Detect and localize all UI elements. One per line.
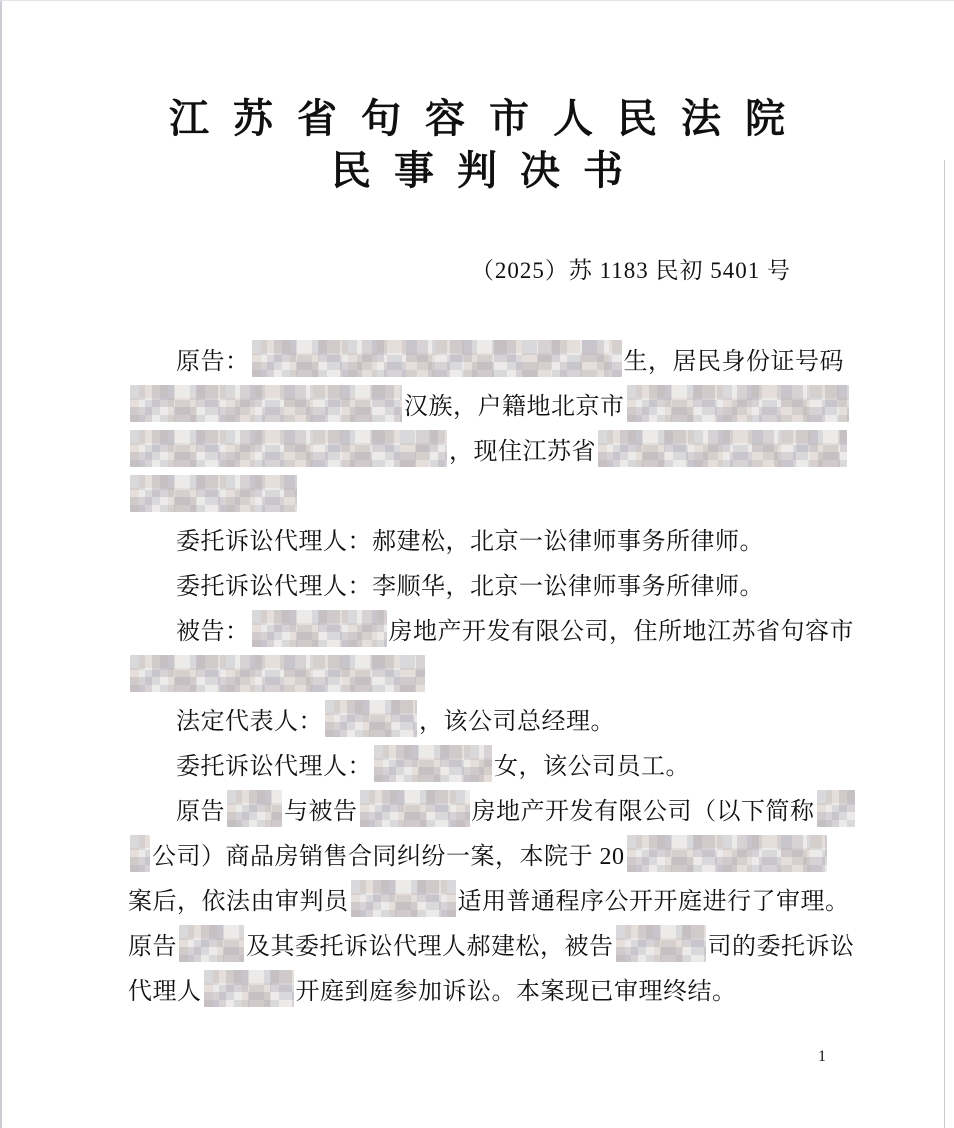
- court-name: 江苏省句容市人民法院: [0, 94, 954, 144]
- body-text: ，该公司总经理。: [419, 701, 615, 736]
- document-body: 原告：生，居民身份证号码汉族，户籍地北京市，现住江苏省委托诉讼代理人：郝建松，北…: [128, 336, 844, 1011]
- redaction-block: [374, 745, 492, 782]
- page-edge-right: [944, 160, 945, 1128]
- body-line: ，现住江苏省: [128, 426, 844, 471]
- redaction-block: [130, 835, 150, 872]
- body-text: 与被告: [284, 791, 358, 826]
- redaction-block: [179, 925, 244, 962]
- body-line: 法定代表人：，该公司总经理。: [128, 696, 844, 741]
- redaction-block: [627, 385, 849, 422]
- body-text: 司的委托诉讼: [708, 926, 855, 961]
- body-line: 委托诉讼代理人：李顺华，北京一讼律师事务所律师。: [128, 561, 844, 606]
- document-type: 民事判决书: [0, 146, 954, 196]
- redaction-block: [817, 790, 855, 827]
- body-text: 开庭到庭参加诉讼。本案现已审理终结。: [296, 971, 737, 1006]
- body-line: [128, 471, 844, 516]
- redaction-block: [360, 790, 470, 827]
- body-line: 被告：房地产开发有限公司，住所地江苏省句容市: [128, 606, 844, 651]
- body-line: 汉族，户籍地北京市: [128, 381, 844, 426]
- body-text: 女，该公司员工。: [494, 746, 690, 781]
- body-line: 原告及其委托诉讼代理人郝建松，被告司的委托诉讼: [128, 921, 844, 966]
- body-line: 案后，依法由审判员适用普通程序公开开庭进行了审理。: [128, 876, 844, 921]
- body-line: 委托诉讼代理人：女，该公司员工。: [128, 741, 844, 786]
- body-text: 房地产开发有限公司，住所地江苏省句容市: [389, 611, 855, 646]
- redaction-block: [130, 430, 447, 467]
- redaction-block: [130, 655, 425, 692]
- redaction-block: [252, 610, 387, 647]
- body-text: 公司）商品房销售合同纠纷一案，本院于 20: [152, 836, 625, 871]
- redaction-block: [351, 880, 456, 917]
- redaction-block: [627, 835, 827, 872]
- body-text: 委托诉讼代理人：: [176, 746, 372, 781]
- redaction-block: [252, 340, 622, 377]
- redaction-block: [130, 385, 402, 422]
- body-text: 适用普通程序公开开庭进行了审理。: [458, 881, 850, 916]
- judgment-page: 江苏省句容市人民法院 民事判决书 （2025）苏 1183 民初 5401 号 …: [0, 0, 954, 1128]
- body-line: [128, 651, 844, 696]
- redaction-block: [130, 475, 297, 512]
- body-line: 代理人开庭到庭参加诉讼。本案现已审理终结。: [128, 966, 844, 1011]
- body-line: 原告：生，居民身份证号码: [128, 336, 844, 381]
- body-text: ，现住江苏省: [449, 431, 596, 466]
- body-text: 房地产开发有限公司（以下简称: [472, 791, 815, 826]
- body-text: 汉族，户籍地北京市: [404, 386, 625, 421]
- body-text: 案后，依法由审判员: [128, 881, 349, 916]
- body-text: 及其委托诉讼代理人郝建松，被告: [246, 926, 614, 961]
- redaction-block: [325, 700, 417, 737]
- body-text: 委托诉讼代理人：李顺华，北京一讼律师事务所律师。: [176, 566, 764, 601]
- body-text: 代理人: [128, 971, 202, 1006]
- redaction-block: [204, 970, 294, 1007]
- body-text: 委托诉讼代理人：郝建松，北京一讼律师事务所律师。: [176, 521, 764, 556]
- body-text: 原告: [128, 926, 177, 961]
- body-text: 法定代表人：: [176, 701, 323, 736]
- body-line: 委托诉讼代理人：郝建松，北京一讼律师事务所律师。: [128, 516, 844, 561]
- body-text: 原告: [176, 791, 225, 826]
- page-number: 1: [818, 1048, 826, 1066]
- body-line: 公司）商品房销售合同纠纷一案，本院于 20: [128, 831, 844, 876]
- body-text: 生，居民身份证号码: [624, 341, 845, 376]
- redaction-block: [598, 430, 847, 467]
- body-text: 原告：: [176, 341, 250, 376]
- redaction-block: [227, 790, 282, 827]
- page-edge-top: [0, 0, 954, 1]
- case-number: （2025）苏 1183 民初 5401 号: [471, 252, 791, 285]
- document-header: 江苏省句容市人民法院 民事判决书: [0, 94, 954, 196]
- body-text: 被告：: [176, 611, 250, 646]
- body-line: 原告与被告房地产开发有限公司（以下简称: [128, 786, 844, 831]
- redaction-block: [616, 925, 706, 962]
